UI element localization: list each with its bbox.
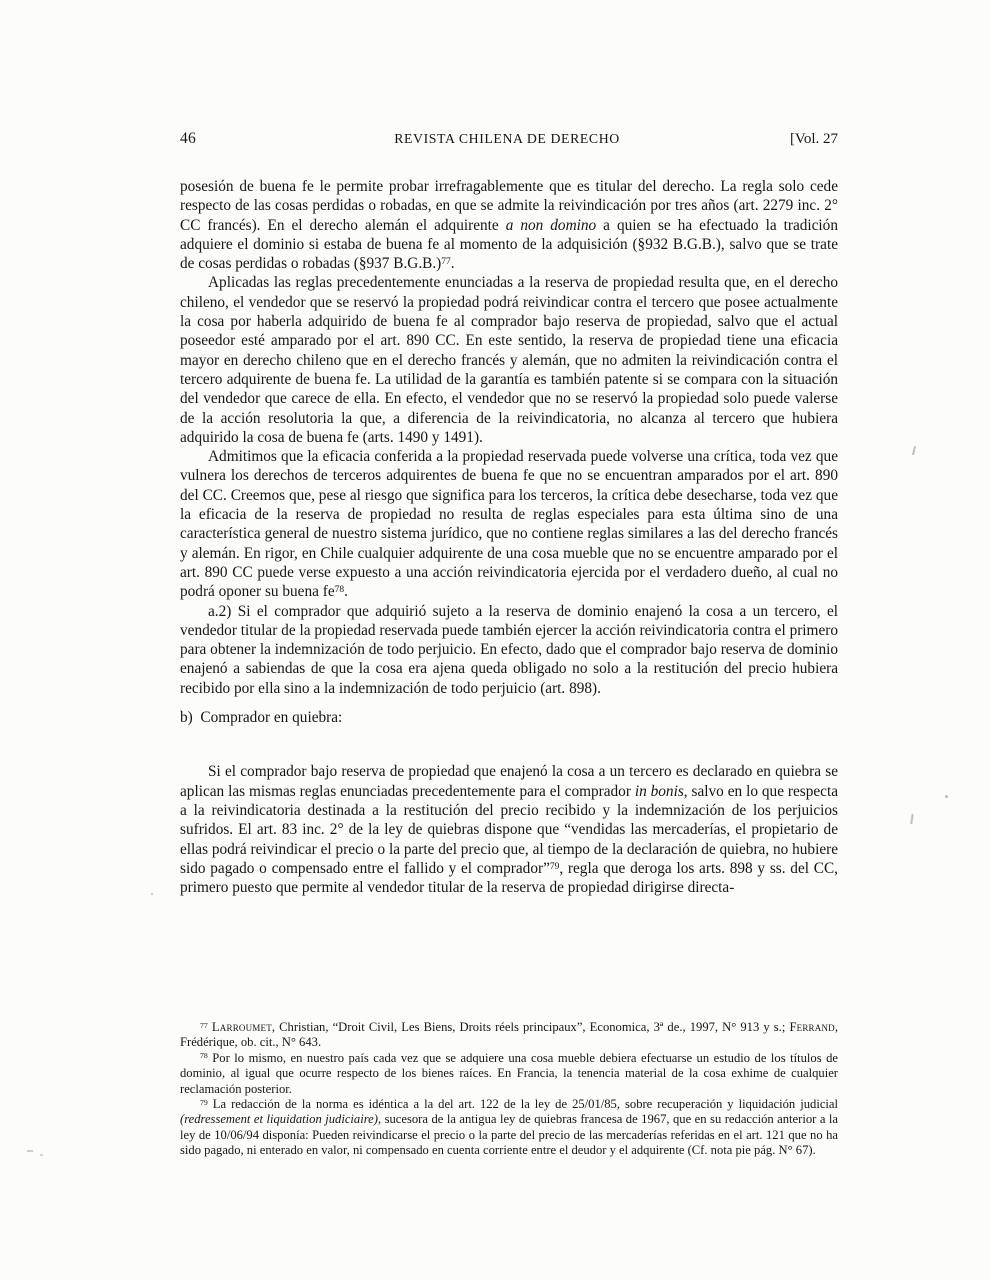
footnote-79: 79 La redacción de la norma es idéntica … xyxy=(180,1097,838,1159)
scan-artifact xyxy=(912,446,916,455)
scan-artifact xyxy=(40,1154,43,1156)
scan-artifact xyxy=(910,814,913,824)
scan-artifact xyxy=(151,893,153,895)
paragraph: Admitimos que la eficacia conferida a la… xyxy=(180,447,838,601)
paragraph: posesión de buena fe le permite probar i… xyxy=(180,177,838,273)
scan-artifact xyxy=(27,1150,33,1152)
section-heading: b) Comprador en quiebra: xyxy=(180,708,838,727)
paragraph: a.2) Si el comprador que adquirió sujeto… xyxy=(180,602,838,698)
page-number: 46 xyxy=(180,130,196,148)
footnote-77: 77 Larroumet, Christian, “Droit Civil, L… xyxy=(180,1020,838,1051)
paragraph: Aplicadas las reglas precedentemente enu… xyxy=(180,273,838,447)
running-header: 46 REVISTA CHILENA DE DERECHO [Vol. 27 xyxy=(180,130,838,148)
scanned-journal-page: 46 REVISTA CHILENA DE DERECHO [Vol. 27 p… xyxy=(0,0,990,1280)
scan-artifact xyxy=(945,795,948,798)
paragraph: Si el comprador bajo reserva de propieda… xyxy=(180,762,838,897)
article-body: posesión de buena fe le permite probar i… xyxy=(180,177,838,897)
footnotes-block: 77 Larroumet, Christian, “Droit Civil, L… xyxy=(180,1020,838,1159)
volume-label: [Vol. 27 xyxy=(790,131,838,148)
journal-title: REVISTA CHILENA DE DERECHO xyxy=(394,131,620,147)
footnote-78: 78 Por lo mismo, en nuestro país cada ve… xyxy=(180,1051,838,1097)
